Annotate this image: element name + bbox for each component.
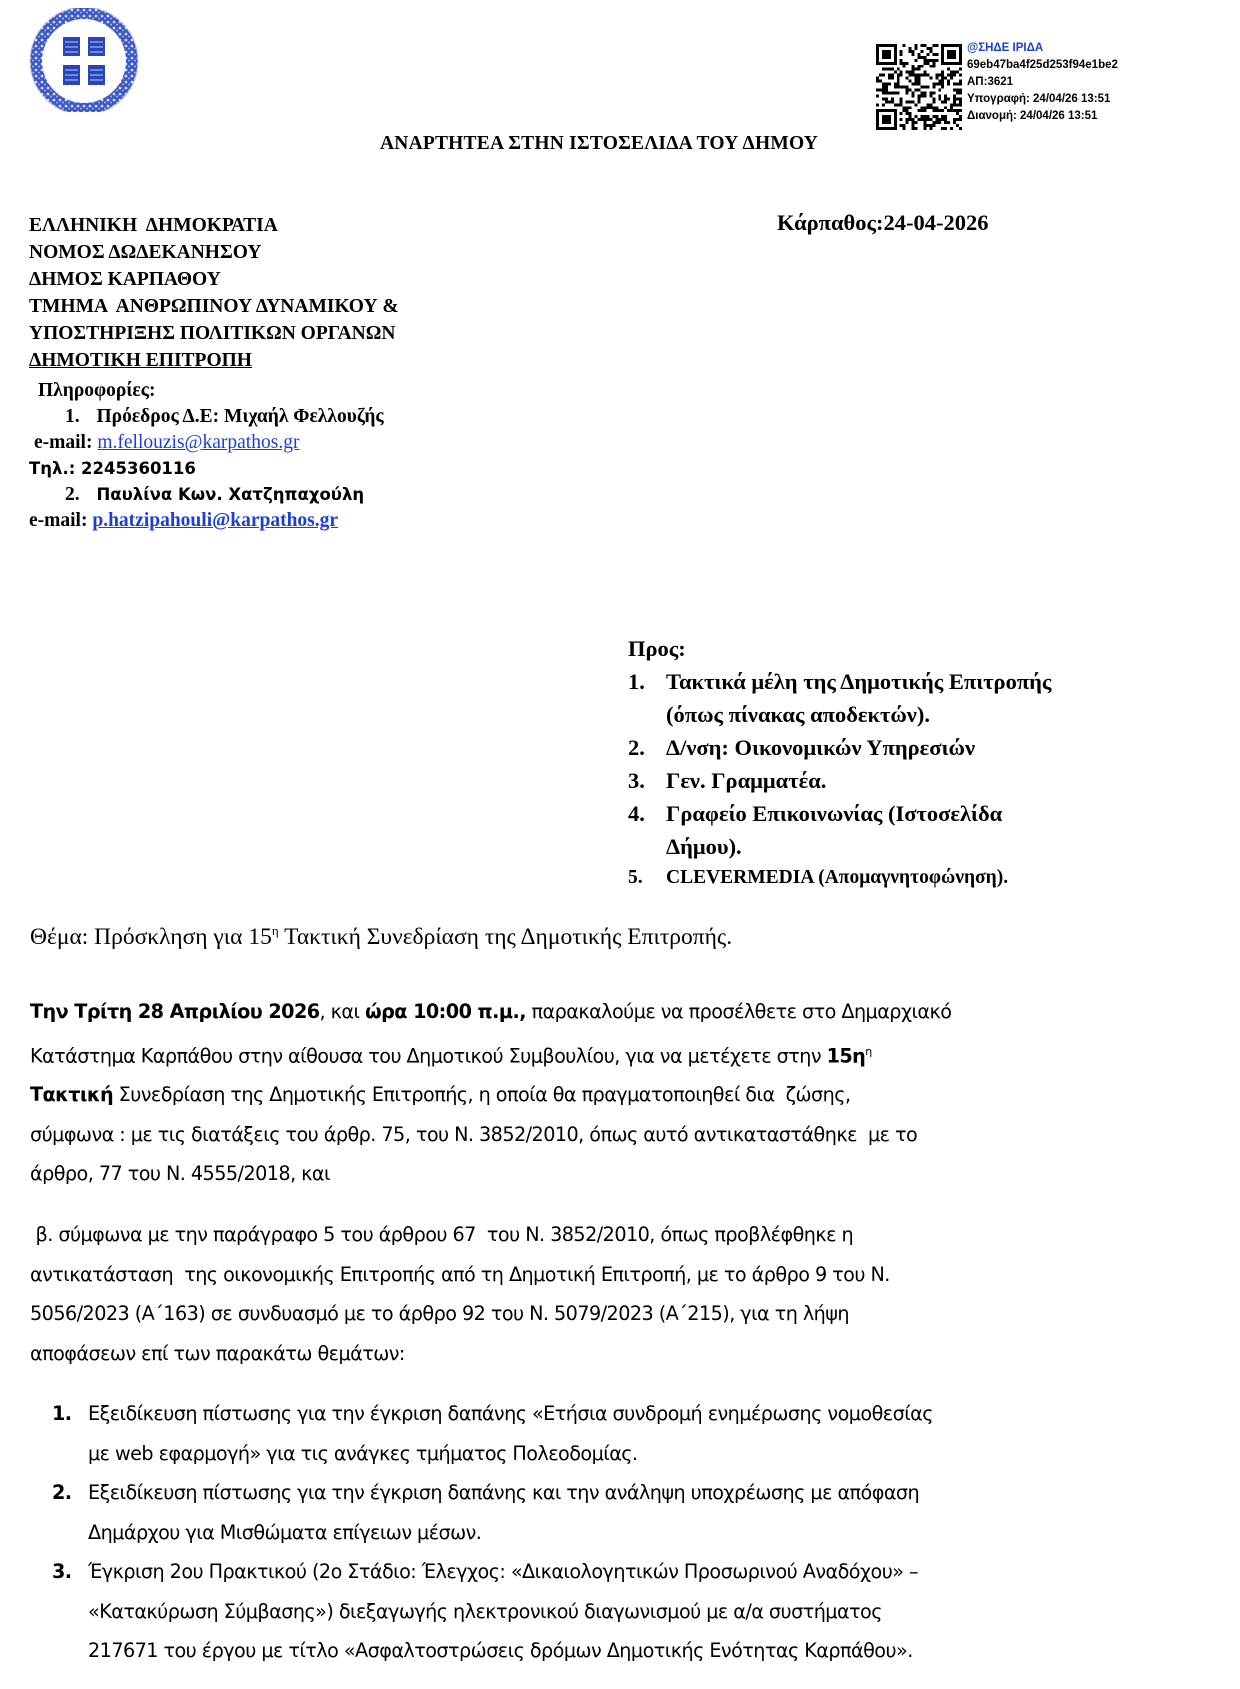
text-fragment: Κατάστημα Καρπάθου στην αίθουσα του Δημο… (30, 1044, 827, 1067)
recipient-item: 5. CLEVERMEDIA (Απομαγνητοφώνηση). (628, 863, 1051, 893)
text-fragment: παρακαλούμε να προσέλθετε στο Δημαρχιακό (526, 1000, 952, 1023)
recipient-item: 2. Δ/νση: Οικονομικών Υπηρεσιών (628, 731, 1051, 764)
agenda-text: Δημάρχου για Μισθώματα επίγειων μέσων. (88, 1513, 919, 1553)
agenda-number: 3. (52, 1552, 88, 1671)
session-type: Τακτική (30, 1083, 113, 1106)
recipient-number: 2. (628, 731, 666, 764)
recipient-text: CLEVERMEDIA (Απομαγνητοφώνηση). (666, 863, 1008, 893)
stamp-brand: @ΣΗΔΕ ΙΡΙΔΑ (967, 40, 1118, 57)
recipient-number: 5. (628, 863, 666, 893)
subject-line: Θέμα: Πρόσκληση για 15η Τακτική Συνεδρία… (30, 923, 732, 951)
recipient-number: 3. (628, 764, 666, 797)
agenda-text: Εξειδίκευση πίστωσης για την έγκριση δαπ… (88, 1394, 933, 1434)
agenda-item: 3. Έγκριση 2ου Πρακτικού (2ο Στάδιο: Έλε… (52, 1552, 1212, 1671)
paragraph-line: Κατάστημα Καρπάθου στην αίθουσα του Δημο… (30, 1032, 1200, 1076)
contact-1-phone: Τηλ.: 2245360116 (29, 456, 384, 482)
meeting-time: ώρα 10:00 π.μ., (365, 1000, 526, 1023)
contact-2-number: 2. (65, 484, 80, 505)
agenda-text: Εξειδίκευση πίστωσης για την έγκριση δαπ… (88, 1473, 919, 1513)
legal-basis-paragraph: β. σύμφωνα με την παράγραφο 5 του άρθρου… (30, 1215, 1200, 1373)
digital-signature-stamp: @ΣΗΔΕ ΙΡΙΔΑ 69eb47ba4f25d253f94e1be2 ΑΠ:… (967, 40, 1118, 125)
superscript: η (865, 1045, 871, 1058)
agenda-text: Έγκριση 2ου Πρακτικού (2ο Στάδιο: Έλεγχο… (88, 1552, 918, 1592)
agenda-text: «Κατακύρωση Σύμβασης») διεξαγωγής ηλεκτρ… (88, 1592, 918, 1632)
recipient-number: 1. (628, 665, 666, 698)
recipient-text: Δ/νση: Οικονομικών Υπηρεσιών (666, 731, 975, 764)
recipient-number: 4. (628, 797, 666, 830)
greek-coat-of-arms-emblem (28, 8, 140, 112)
contact-2-name: Παυλίνα Κων. Χατζηπαχούλη (85, 485, 365, 504)
recipients-list: Προς: 1. Τακτικά μέλη της Δημοτικής Επιτ… (628, 632, 1051, 893)
paragraph-line: άρθρο, 77 του Ν. 4555/2018, και (30, 1154, 1200, 1194)
contact-1-number: 1. (65, 406, 80, 427)
paragraph-line: αντικατάσταση της οικονομικής Επιτροπής … (30, 1255, 1200, 1295)
recipient-item: 3. Γεν. Γραμματέα. (628, 764, 1051, 797)
paragraph-line: Τακτική Συνεδρίαση της Δημοτικής Επιτροπ… (30, 1075, 1200, 1115)
recipient-item: 1. Τακτικά μέλη της Δημοτικής Επιτροπής (628, 665, 1051, 698)
invitation-paragraph: Την Τρίτη 28 Απριλίου 2026, και ώρα 10:0… (30, 992, 1200, 1194)
subject-prefix: Θέμα: Πρόσκληση για 15 (30, 924, 272, 950)
contact-1-name: Πρόεδρος Δ.Ε: Μιχαήλ Φελλουζής (85, 406, 384, 427)
contact-2-email-row: e-mail: p.hatzipahouli@karpathos.gr (29, 508, 384, 534)
document-date: Κάρπαθος:24-04-2026 (777, 210, 989, 236)
session-number: 15η (827, 1044, 866, 1067)
recipient-text: Τακτικά μέλη της Δημοτικής Επιτροπής (666, 665, 1051, 698)
committee-name: ΔΗΜΟΤΙΚΗ ΕΠΙΤΡΟΠΗ (29, 347, 399, 374)
recipient-item: 4. Γραφείο Επικοινωνίας (Ιστοσελίδα (628, 797, 1051, 830)
paragraph-line: σύμφωνα : με τις διατάξεις του άρθρ. 75,… (30, 1115, 1200, 1155)
org-line: ΤΜΗΜΑ ΑΝΘΡΩΠΙΝΟΥ ΔΥΝΑΜΙΚΟΥ & (29, 293, 399, 320)
organization-header: ΕΛΛΗΝΙΚΗ ΔΗΜΟΚΡΑΤΙΑ ΝΟΜΟΣ ΔΩΔΕΚΑΝΗΣΟΥ ΔΗ… (29, 212, 399, 374)
email-label: e-mail: (34, 432, 92, 453)
recipient-text-continued: Δήμου). (628, 830, 1051, 863)
recipient-text: Γραφείο Επικοινωνίας (Ιστοσελίδα (666, 797, 1002, 830)
contact-1-email-row: e-mail: m.fellouzis@karpathos.gr (29, 430, 384, 456)
org-line: ΔΗΜΟΣ ΚΑΡΠΑΘΟΥ (29, 266, 399, 293)
stamp-distribution-time: Διανομή: 24/04/26 13:51 (967, 108, 1118, 125)
agenda-list: 1. Εξειδίκευση πίστωσης για την έγκριση … (52, 1394, 1212, 1671)
subject-superscript: η (272, 923, 279, 938)
text-fragment: , και (320, 1000, 365, 1023)
meeting-date: Την Τρίτη 28 Απριλίου 2026 (30, 1000, 320, 1023)
paragraph-line: αποφάσεων επί των παρακάτω θεμάτων: (30, 1334, 1200, 1374)
recipient-text-continued: (όπως πίνακας αποδεκτών). (628, 698, 1051, 731)
org-line: ΝΟΜΟΣ ΔΩΔΕΚΑΝΗΣΟΥ (29, 239, 399, 266)
qr-code-icon (876, 44, 962, 130)
org-line: ΕΛΛΗΝΙΚΗ ΔΗΜΟΚΡΑΤΙΑ (29, 212, 399, 239)
org-line: ΥΠΟΣΤΗΡΙΞΗΣ ΠΟΛΙΤΙΚΩΝ ΟΡΓΑΝΩΝ (29, 320, 399, 347)
agenda-item: 2. Εξειδίκευση πίστωσης για την έγκριση … (52, 1473, 1212, 1552)
contact-2-email-link[interactable]: p.hatzipahouli@karpathos.gr (92, 510, 338, 531)
agenda-item: 1. Εξειδίκευση πίστωσης για την έγκριση … (52, 1394, 1212, 1473)
publish-note: ΑΝΑΡΤΗΤΕΑ ΣΤΗΝ ΙΣΤΟΣΕΛΙΔΑ ΤΟΥ ΔΗΜΟΥ (380, 133, 818, 155)
recipient-text: Γεν. Γραμματέα. (666, 764, 826, 797)
agenda-text: 217671 του έργου με τίτλο «Ασφαλτοστρώσε… (88, 1631, 918, 1671)
agenda-text: με web εφαρμογή» για τις ανάγκες τμήματο… (88, 1434, 933, 1474)
contact-1-email-link[interactable]: m.fellouzis@karpathos.gr (97, 432, 299, 453)
info-label: Πληροφορίες: (29, 378, 384, 404)
subject-suffix: Τακτική Συνεδρίαση της Δημοτικής Επιτροπ… (279, 924, 732, 950)
contact-1: 1. Πρόεδρος Δ.Ε: Μιχαήλ Φελλουζής (29, 404, 384, 430)
agenda-number: 2. (52, 1473, 88, 1552)
paragraph-line: 5056/2023 (Α΄163) σε συνδυασμό με το άρθ… (30, 1294, 1200, 1334)
paragraph-line: β. σύμφωνα με την παράγραφο 5 του άρθρου… (30, 1215, 1200, 1255)
stamp-hash: 69eb47ba4f25d253f94e1be2 (967, 57, 1118, 74)
contact-2: 2. Παυλίνα Κων. Χατζηπαχούλη (29, 482, 384, 508)
email-label: e-mail: (29, 510, 87, 531)
text-fragment: Συνεδρίαση της Δημοτικής Επιτροπής, η οπ… (113, 1083, 850, 1106)
paragraph-line: Την Τρίτη 28 Απριλίου 2026, και ώρα 10:0… (30, 992, 1200, 1032)
recipients-label: Προς: (628, 632, 1051, 665)
contact-info: Πληροφορίες: 1. Πρόεδρος Δ.Ε: Μιχαήλ Φελ… (29, 378, 384, 534)
agenda-number: 1. (52, 1394, 88, 1473)
stamp-signature-time: Υπογραφή: 24/04/26 13:51 (967, 91, 1118, 108)
stamp-protocol: ΑΠ:3621 (967, 74, 1118, 91)
